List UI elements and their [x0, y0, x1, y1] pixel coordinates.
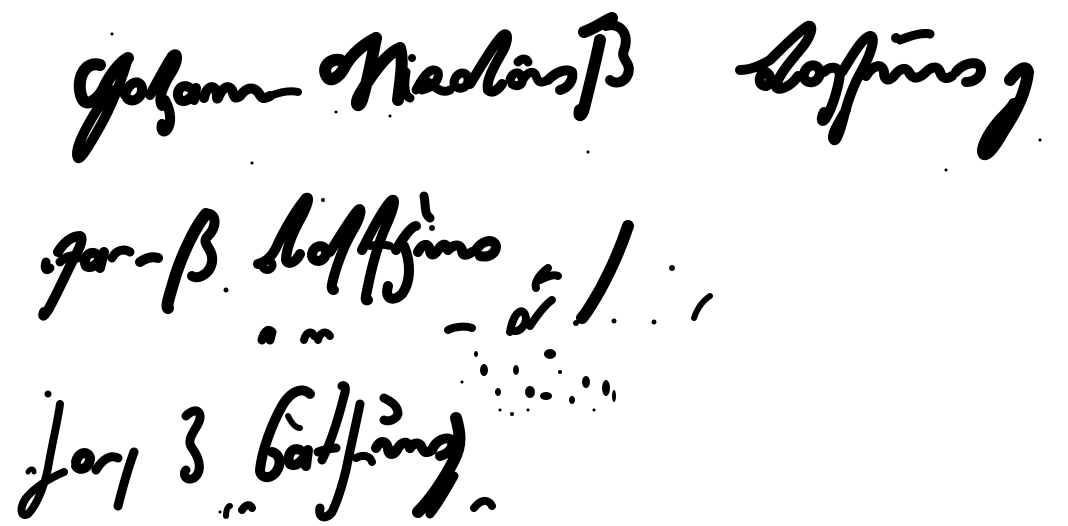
- line-3-joseph: [22, 391, 201, 516]
- ink-specks: [111, 33, 1042, 172]
- line-3-bopfhung: [219, 386, 493, 517]
- handwriting-ink: [0, 0, 1068, 526]
- line-1-johann: [77, 54, 298, 158]
- clipped-fragment-row: [262, 296, 710, 340]
- document-page: Johann Nikolaus Bopfhung Jacob Bopfhung …: [0, 0, 1068, 526]
- line-1-nikolaus: [325, 18, 629, 115]
- stamp-blot: [461, 349, 617, 416]
- line-1-bopfhung: [740, 26, 1028, 154]
- line-2-jacob: [43, 214, 228, 316]
- line-2-bopfhung: [258, 196, 675, 318]
